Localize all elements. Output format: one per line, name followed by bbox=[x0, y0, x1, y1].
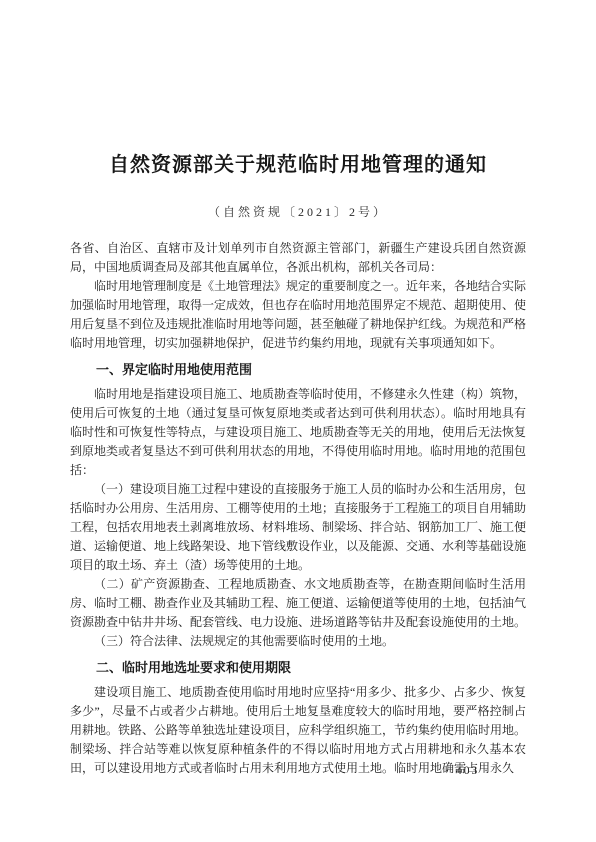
paragraph: （一）建设项目施工过程中建设的直接服务于施工人员的临时办公和生活用房，包括临时办… bbox=[70, 480, 526, 575]
paragraph: （三）符合法律、法规规定的其他需要临时使用的土地。 bbox=[70, 632, 526, 651]
section-heading-1: 一、界定临时用地使用范围 bbox=[70, 360, 526, 380]
doc-title: 自然资源部关于规范临时用地管理的通知 bbox=[70, 150, 526, 180]
paragraph: 临时用地是指建设项目施工、地质勘查等临时使用，不修建永久性建（构）筑物，使用后可… bbox=[70, 385, 526, 480]
paragraph: （二）矿产资源勘查、工程地质勘查、水文地质勘查等，在勘查期间临时生活用房、临时工… bbox=[70, 575, 526, 632]
doc-number: （自然资规〔2021〕2号） bbox=[70, 204, 526, 221]
document-content: 自然资源部关于规范临时用地管理的通知 （自然资规〔2021〕2号） 各省、自治区… bbox=[70, 0, 526, 778]
doc-body: 各省、自治区、直辖市及计划单列市自然资源主管部门，新疆生产建设兵团自然资源局，中… bbox=[70, 239, 526, 778]
section-heading-2: 二、临时用地选址要求和使用期限 bbox=[70, 658, 526, 678]
page-number: · 403 · bbox=[445, 765, 490, 777]
paragraph: 建设项目施工、地质勘查使用临时用地时应坚持“用多少、批多少、占多少、恢复多少”，… bbox=[70, 683, 526, 778]
document-page: 自然资源部关于规范临时用地管理的通知 （自然资规〔2021〕2号） 各省、自治区… bbox=[0, 0, 596, 842]
salutation-paragraph: 各省、自治区、直辖市及计划单列市自然资源主管部门，新疆生产建设兵团自然资源局，中… bbox=[70, 239, 526, 277]
intro-paragraph: 临时用地管理制度是《土地管理法》规定的重要制度之一。近年来，各地结合实际加强临时… bbox=[70, 277, 526, 353]
